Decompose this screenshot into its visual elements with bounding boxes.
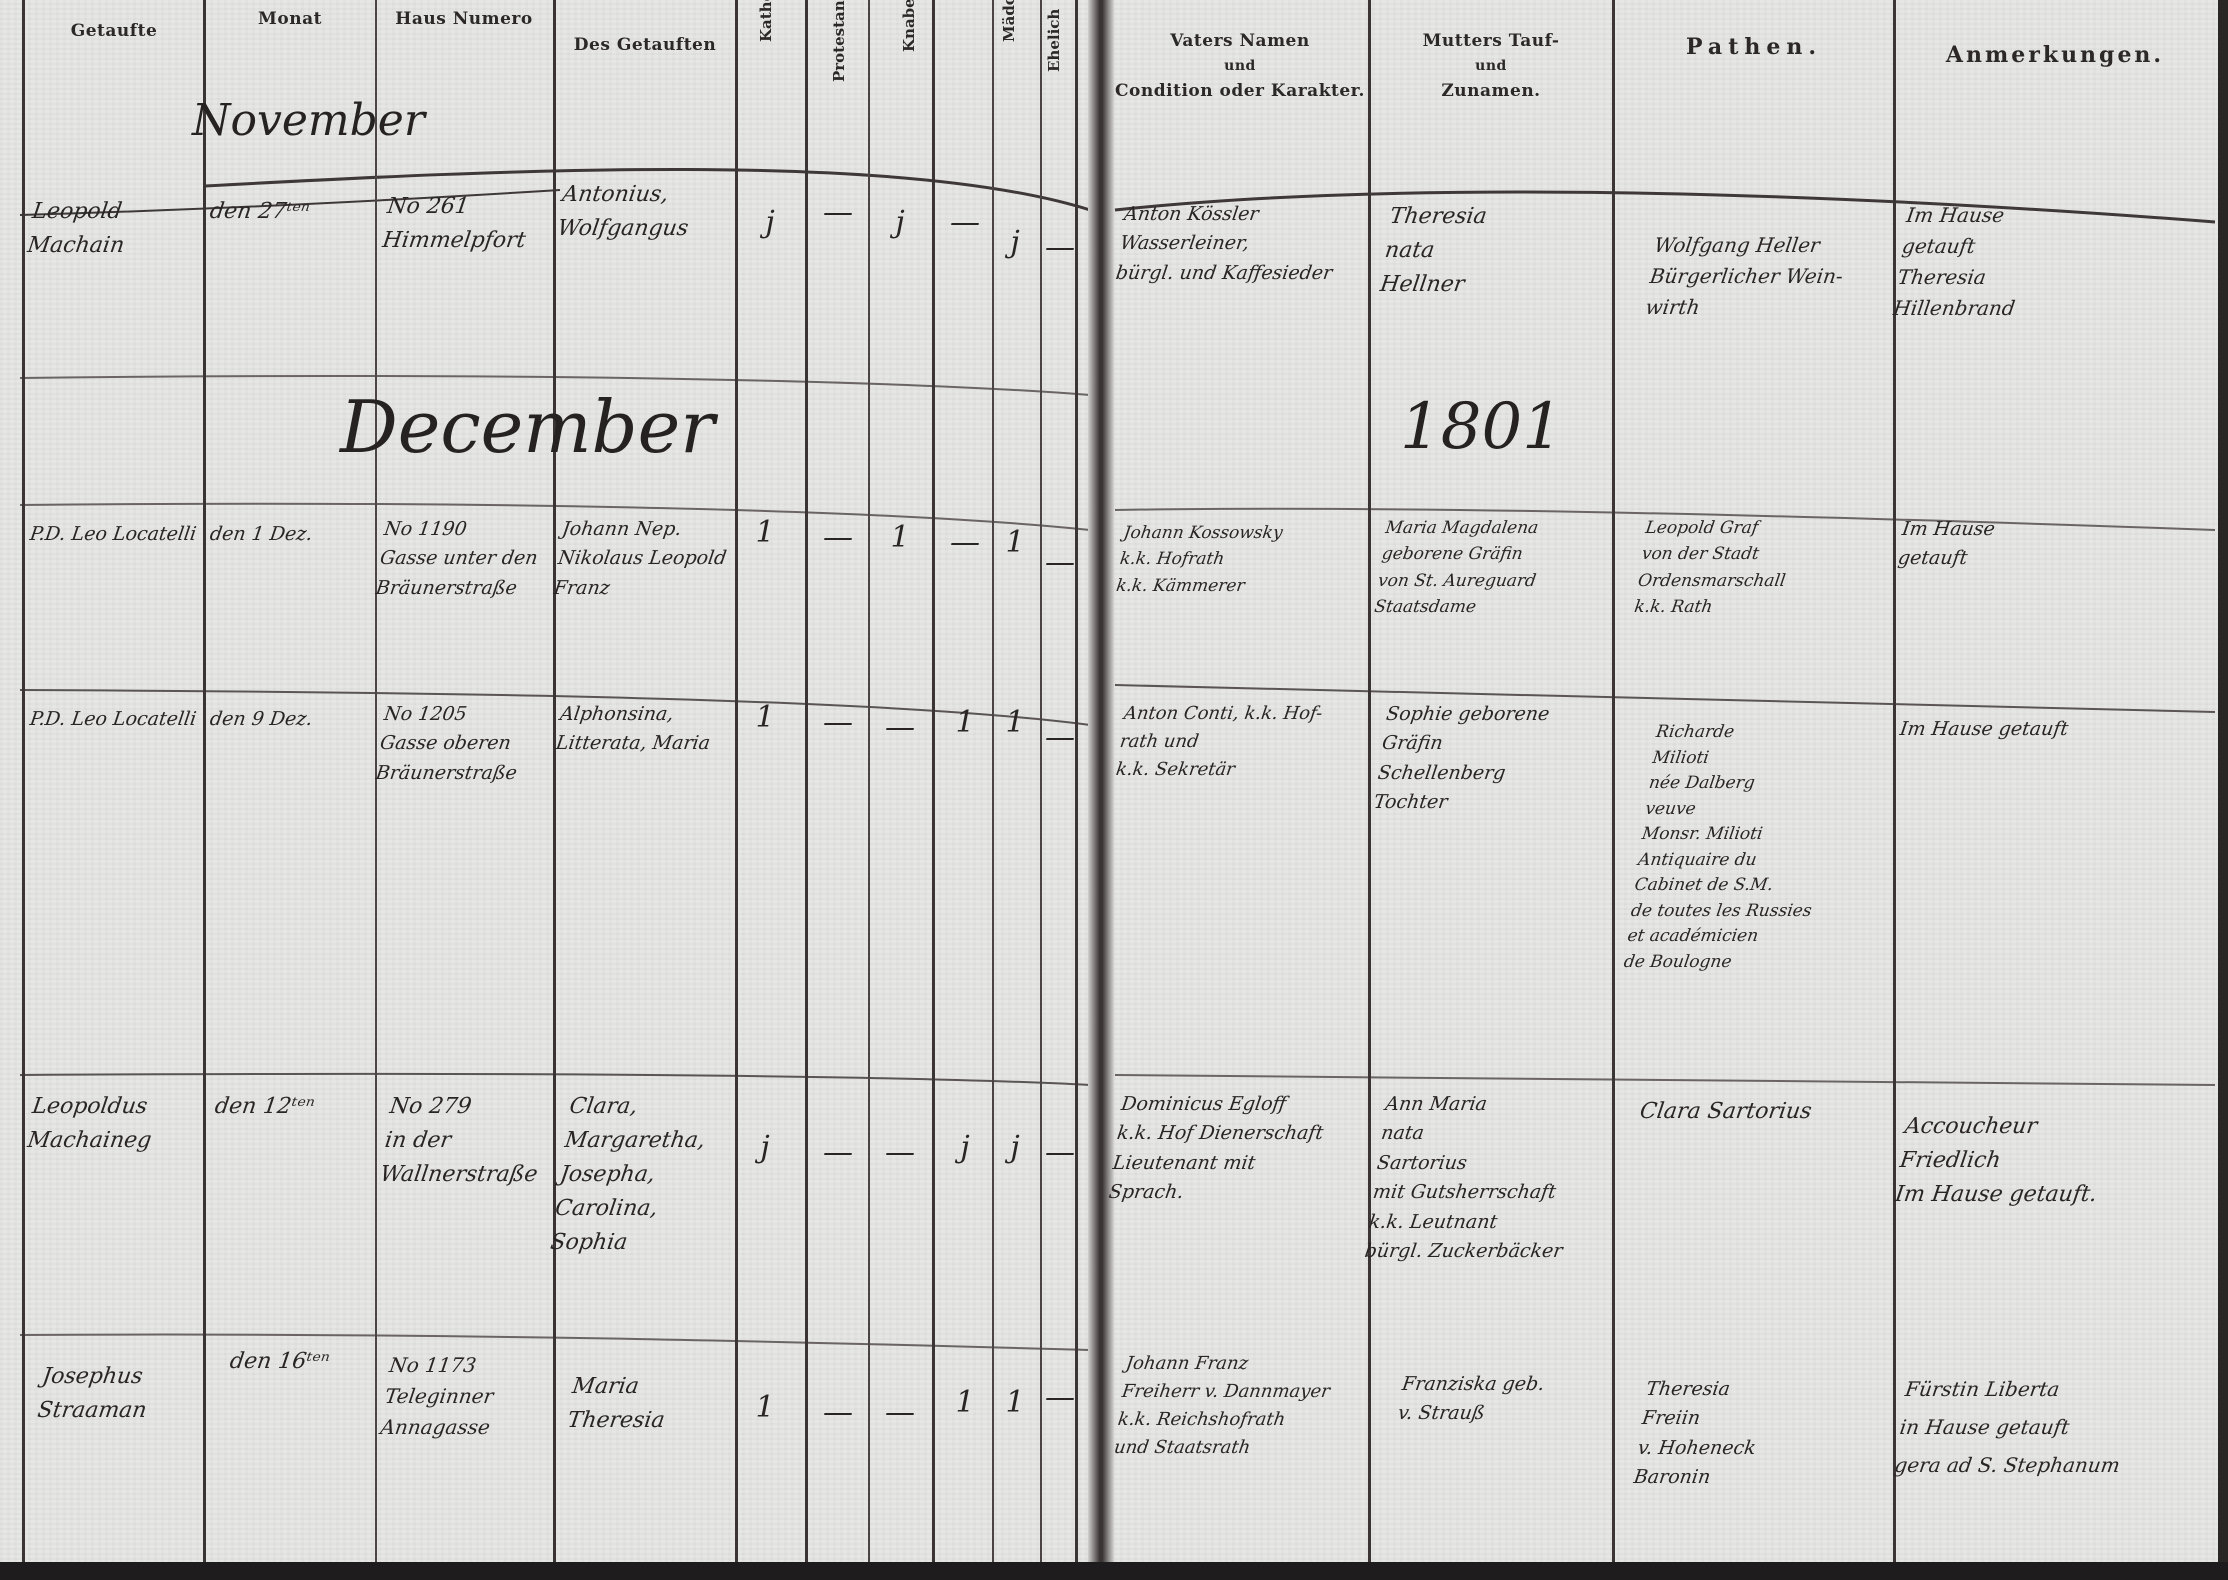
header-protestantisch: Protestantisch [830,2,848,82]
column-rule [932,0,935,1562]
notes-cell: Im Hause getauft Theresia Hillenbrand [1891,200,2218,324]
tally-mark: — [880,1135,920,1170]
header-maedchen: Mädchen [1000,2,1018,42]
tally-mark: — [1040,230,1080,265]
tally-mark: — [880,1395,920,1430]
header-katholisch: Katholisch [757,2,775,42]
year-1801: 1801 [1400,390,1563,464]
tally-mark: — [880,710,920,745]
tally-mark: 1 [745,700,785,735]
header-monat: Monat [205,6,375,33]
child-name-cell: Maria Theresia [565,1370,740,1438]
mother-cell: Ann Maria nata Sartorius mit Gutsherrsch… [1363,1090,1623,1267]
header-pathen: Pathen. [1615,30,1893,65]
date-cell: den 1 Dez. [208,520,372,549]
column-rule [553,0,556,1562]
header-knabe: Knabe [900,2,918,52]
column-rule [22,0,25,1562]
tally-mark: 1 [995,705,1035,740]
date-cell: den 12ᵗᵉⁿ [213,1090,378,1124]
baptizer-cell: P.D. Leo Locatelli [28,705,207,734]
house-cell: No 261 Himmelpfort [380,190,555,258]
tally-mark: — [1040,545,1080,580]
tally-mark: 1 [995,525,1035,560]
godparents-cell: Richarde Milioti née Dalberg veuve Monsr… [1622,720,1908,975]
tally-mark: — [1040,1135,1080,1170]
tally-mark: — [818,705,858,740]
house-cell: No 1190 Gasse unter den Bräunerstraße [374,515,558,603]
mother-cell: Sophie geborene Gräfin Schellenberg Toch… [1372,700,1619,818]
header-des-getauften: Des Getauften [555,32,735,59]
tally-mark: 1 [945,1385,985,1420]
baptizer-cell: Leopoldus Machaineg [25,1090,210,1158]
column-rule [1368,0,1371,1562]
notes-cell: Im Hause getauft [1898,715,2212,744]
header-anmerkungen: Anmerkungen. [1895,38,2215,73]
tally-mark: — [818,1135,858,1170]
notes-cell: Im Hause getauft [1896,515,2214,574]
godparents-cell: Theresia Freiin v. Hoheneck Baronin [1632,1375,1899,1493]
father-cell: Johann Franz Freiherr v. Dannmayer k.k. … [1112,1350,1373,1462]
tally-mark: 1 [880,520,920,555]
baptizer-cell: Josephus Straaman [35,1360,210,1428]
child-name-cell: Clara, Margaretha, Josepha, Carolina, So… [548,1090,747,1260]
godparents-cell: Wolfgang Heller Bürgerlicher Wein- wirth [1643,230,1896,323]
tally-mark: — [945,205,985,240]
house-cell: No 279 in der Wallnerstraße [378,1090,562,1192]
page-edge [2218,0,2228,1580]
column-rule [992,0,994,1562]
date-cell: den 27ᵗᵉⁿ [208,195,373,229]
mother-cell: Theresia nata Hellner [1378,200,1617,302]
header-haus-numero: Haus Numero [375,6,553,33]
month-december: December [340,385,715,469]
tally-mark: — [1040,1380,1080,1415]
tally-mark: — [945,525,985,560]
house-cell: No 1173 Teleginner Annagasse [378,1350,561,1443]
tally-mark: 1 [995,1385,1035,1420]
column-rule [203,0,206,1562]
header-mutters-namen: Mutters Tauf- und Zunamen. [1370,28,1612,105]
column-rule [1612,0,1615,1562]
mother-cell: Franziska geb. v. Strauß [1396,1370,1614,1429]
tally-mark: j [995,225,1035,260]
father-cell: Dominicus Egloff k.k. Hof Dienerschaft L… [1107,1090,1374,1208]
baptizer-cell: Leopold Machain [25,195,205,263]
tally-mark: j [745,1130,785,1165]
header-ehelich: Ehelich [1045,2,1063,72]
tally-mark: 1 [745,515,785,550]
tally-mark: 1 [745,1390,785,1425]
date-cell: den 9 Dez. [208,705,372,734]
notes-cell: Fürstin Liberta in Hause getauft gera ad… [1892,1370,2218,1484]
father-cell: Johann Kossowsky k.k. Hofrath k.k. Kämme… [1114,520,1370,599]
father-cell: Anton Conti, k.k. Hof- rath und k.k. Sek… [1114,700,1371,784]
column-rule [805,0,808,1562]
book-gutter [1088,0,1114,1580]
header-vaters-namen: Vaters Namen und Condition oder Karakter… [1112,28,1368,105]
godparents-cell: Clara Sartorius [1638,1095,1893,1129]
tally-mark: j [750,205,790,240]
month-november: November [192,95,425,146]
tally-mark: — [818,1395,858,1430]
tally-mark: 1 [945,705,985,740]
mother-cell: Maria Magdalena geborene Gräfin von St. … [1373,515,1618,620]
register-scan: Getaufte Monat Haus Numero Des Getauften… [0,0,2228,1580]
column-rule [868,0,870,1562]
child-name-cell: Antonius, Wolfgangus [555,178,740,246]
tally-mark: j [880,205,920,240]
tally-mark: — [818,520,858,555]
header-getaufte: Getaufte [25,18,203,45]
column-rule [735,0,738,1562]
tally-mark: — [818,195,858,230]
date-cell: den 16ᵗᵉⁿ [228,1345,378,1379]
tally-mark: j [995,1130,1035,1165]
child-name-cell: Alphonsina, Litterata, Maria [554,700,740,759]
tally-mark: j [945,1130,985,1165]
child-name-cell: Johann Nep. Nikolaus Leopold Franz [552,515,742,603]
notes-cell: Accoucheur Friedlich Im Hause getauft. [1893,1110,2217,1212]
godparents-cell: Leopold Graf von der Stadt Ordensmarscha… [1633,515,1898,620]
house-cell: No 1205 Gasse oberen Bräunerstraße [374,700,558,788]
tally-mark: — [1040,720,1080,755]
baptizer-cell: P.D. Leo Locatelli [28,520,207,549]
father-cell: Anton Kössler Wasserleiner, bürgl. und K… [1114,200,1371,288]
page-edge [0,1562,2228,1580]
